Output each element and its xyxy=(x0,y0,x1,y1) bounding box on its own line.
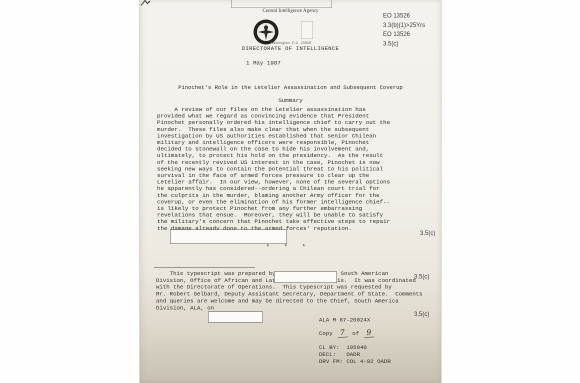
classification-authority-block: CL BY: 195040 DECL: OADR DRV FM: COL 4-8… xyxy=(319,345,391,366)
scanned-document-view: Central Intelligence Agency Washington, … xyxy=(0,0,580,383)
classification-marking: 3.5(c) xyxy=(414,273,429,280)
stamp-outline-box xyxy=(231,0,332,8)
classification-marking: 3.5(c) xyxy=(414,311,429,318)
document-page-surface: Central Intelligence Agency Washington, … xyxy=(140,0,441,383)
summary-heading: Summary xyxy=(140,98,441,105)
summary-paragraph: A review of our files on the Letelier as… xyxy=(157,107,390,232)
document-control-number: ALA M 87-20024X xyxy=(319,318,370,324)
classification-marking: 3.5(c) xyxy=(420,230,435,237)
pen-mark xyxy=(140,0,152,7)
document-page: Central Intelligence Agency Washington, … xyxy=(139,0,442,383)
handwritten-copy-total: 9 xyxy=(364,328,374,338)
redaction-box xyxy=(170,230,287,245)
section-divider-asterisks: * * * xyxy=(266,244,306,251)
copy-of-label: of xyxy=(352,331,359,337)
footnote-rule xyxy=(154,267,255,268)
copy-label: Copy xyxy=(319,331,333,337)
whiteout-rectangle xyxy=(301,21,313,39)
handwritten-copy-number: 7 xyxy=(337,328,347,338)
copy-number-line: Copy 7 of 9 xyxy=(319,328,375,338)
redaction-box xyxy=(208,312,263,323)
redaction-box xyxy=(274,272,337,284)
declassification-stamp: EO 13526 3.3(b)(1)>25Yrs EO 13526 3.5(c) xyxy=(383,11,425,48)
document-title: Pinochet's Role in the Letelier Assassin… xyxy=(140,85,441,91)
document-date: 1 May 1987 xyxy=(246,60,281,67)
